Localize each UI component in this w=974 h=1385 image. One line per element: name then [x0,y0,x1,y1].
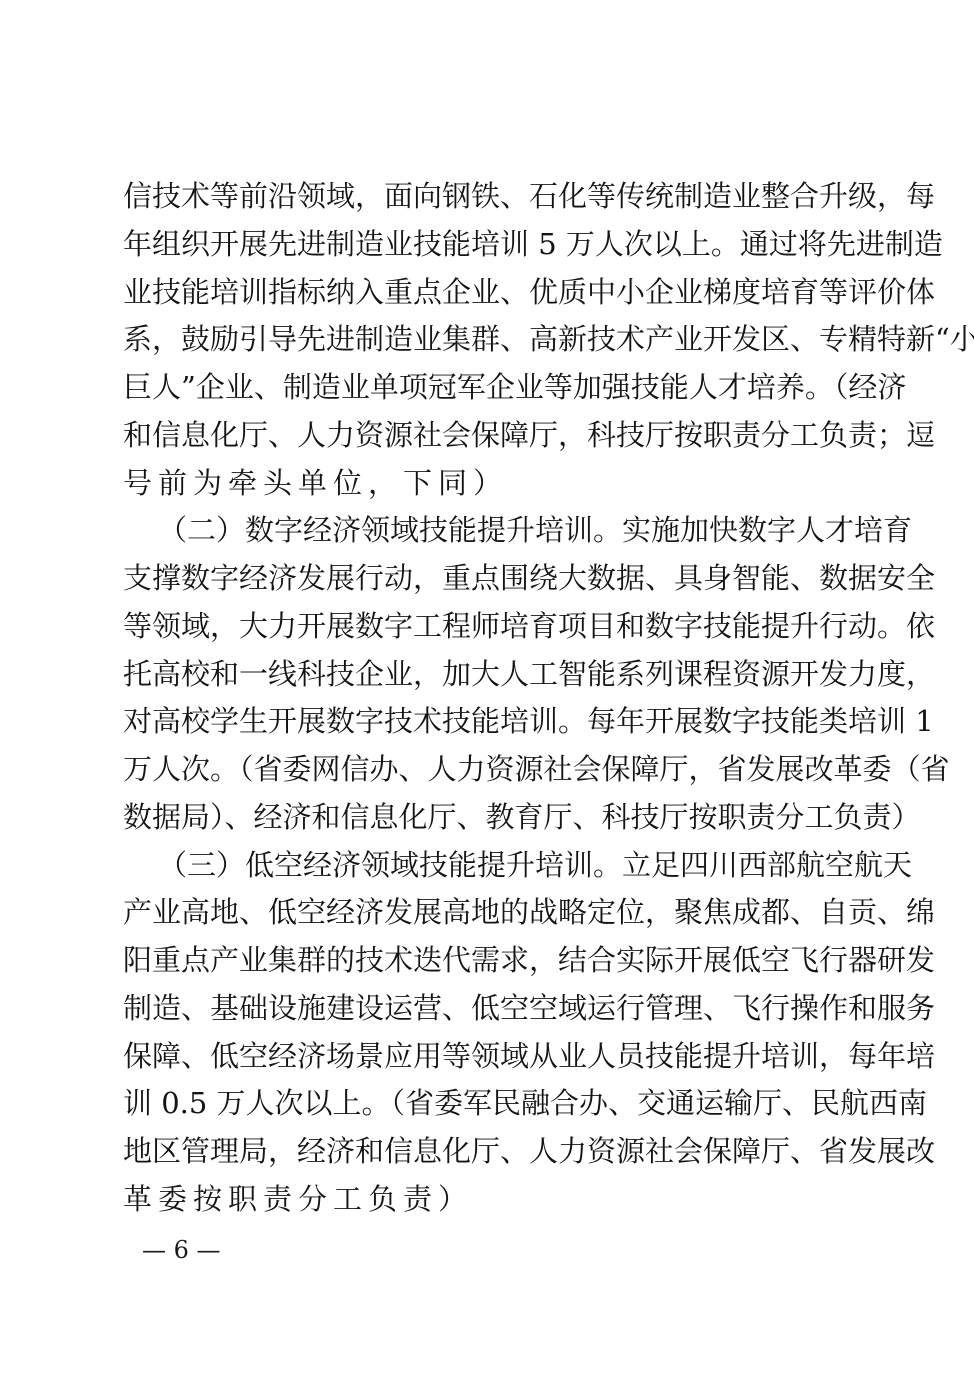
page-number: — 6 — [142,1236,221,1264]
text-line: 信技术等前沿领域，面向钢铁、石化等传统制造业整合升级，每 [123,173,858,221]
text-line: 支撑数字经济发展行动，重点围绕大数据、具身智能、数据安全 [123,555,858,603]
text-line: 巨人”企业、制造业单项冠军企业等加强技能人才培养。（经济 [123,364,858,412]
body-text: 信技术等前沿领域，面向钢铁、石化等传统制造业整合升级，每 年组织开展先进制造业技… [123,173,858,1224]
text-line: 数据局）、经济和信息化厅、教育厅、科技厅按职责分工负责） [123,794,858,842]
text-line: 托高校和一线科技企业，加大人工智能系列课程资源开发力度， [123,651,858,699]
section-heading-line: （二）数字经济领域技能提升培训。实施加快数字人才培育 [123,507,858,555]
text-line: 万人次。（省委网信办、人力资源社会保障厅，省发展改革委（省 [123,746,858,794]
text-line: 保障、低空经济场景应用等领域从业人员技能提升培训，每年培 [123,1033,858,1081]
text-line: 制造、基础设施建设运营、低空空域运行管理、飞行操作和服务 [123,985,858,1033]
text-line: 对高校学生开展数字技术技能培训。每年开展数字技能类培训 1 [123,698,858,746]
text-line: 系，鼓励引导先进制造业集群、高新技术产业开发区、专精特新“小 [123,316,858,364]
section-heading-line: （三）低空经济领域技能提升培训。立足四川西部航空航天 [123,842,858,890]
text-line: 产业高地、低空经济发展高地的战略定位，聚焦成都、自贡、绵 [123,889,858,937]
text-line: 阳重点产业集群的技术迭代需求，结合实际开展低空飞行器研发 [123,937,858,985]
document-page: 信技术等前沿领域，面向钢铁、石化等传统制造业整合升级，每 年组织开展先进制造业技… [0,0,974,1385]
text-line: 业技能培训指标纳入重点企业、优质中小企业梯度培育等评价体 [123,269,858,317]
paragraph-advanced-manufacturing-continuation: 信技术等前沿领域，面向钢铁、石化等传统制造业整合升级，每 年组织开展先进制造业技… [123,173,858,507]
text-line: 地区管理局，经济和信息化厅、人力资源社会保障厅、省发展改 [123,1128,858,1176]
text-line: 年组织开展先进制造业技能培训 5 万人次以上。通过将先进制造 [123,221,858,269]
text-line: 革委按职责分工负责） [123,1176,858,1224]
paragraph-low-altitude-economy: （三）低空经济领域技能提升培训。立足四川西部航空航天 产业高地、低空经济发展高地… [123,842,858,1224]
text-line: 号前为牵头单位，下同） [123,460,858,508]
text-line: 训 0.5 万人次以上。（省委军民融合办、交通运输厅、民航西南 [123,1080,858,1128]
text-line: 和信息化厅、人力资源社会保障厅，科技厅按职责分工负责；逗 [123,412,858,460]
text-line: 等领域，大力开展数字工程师培育项目和数字技能提升行动。依 [123,603,858,651]
paragraph-digital-economy: （二）数字经济领域技能提升培训。实施加快数字人才培育 支撑数字经济发展行动，重点… [123,507,858,841]
